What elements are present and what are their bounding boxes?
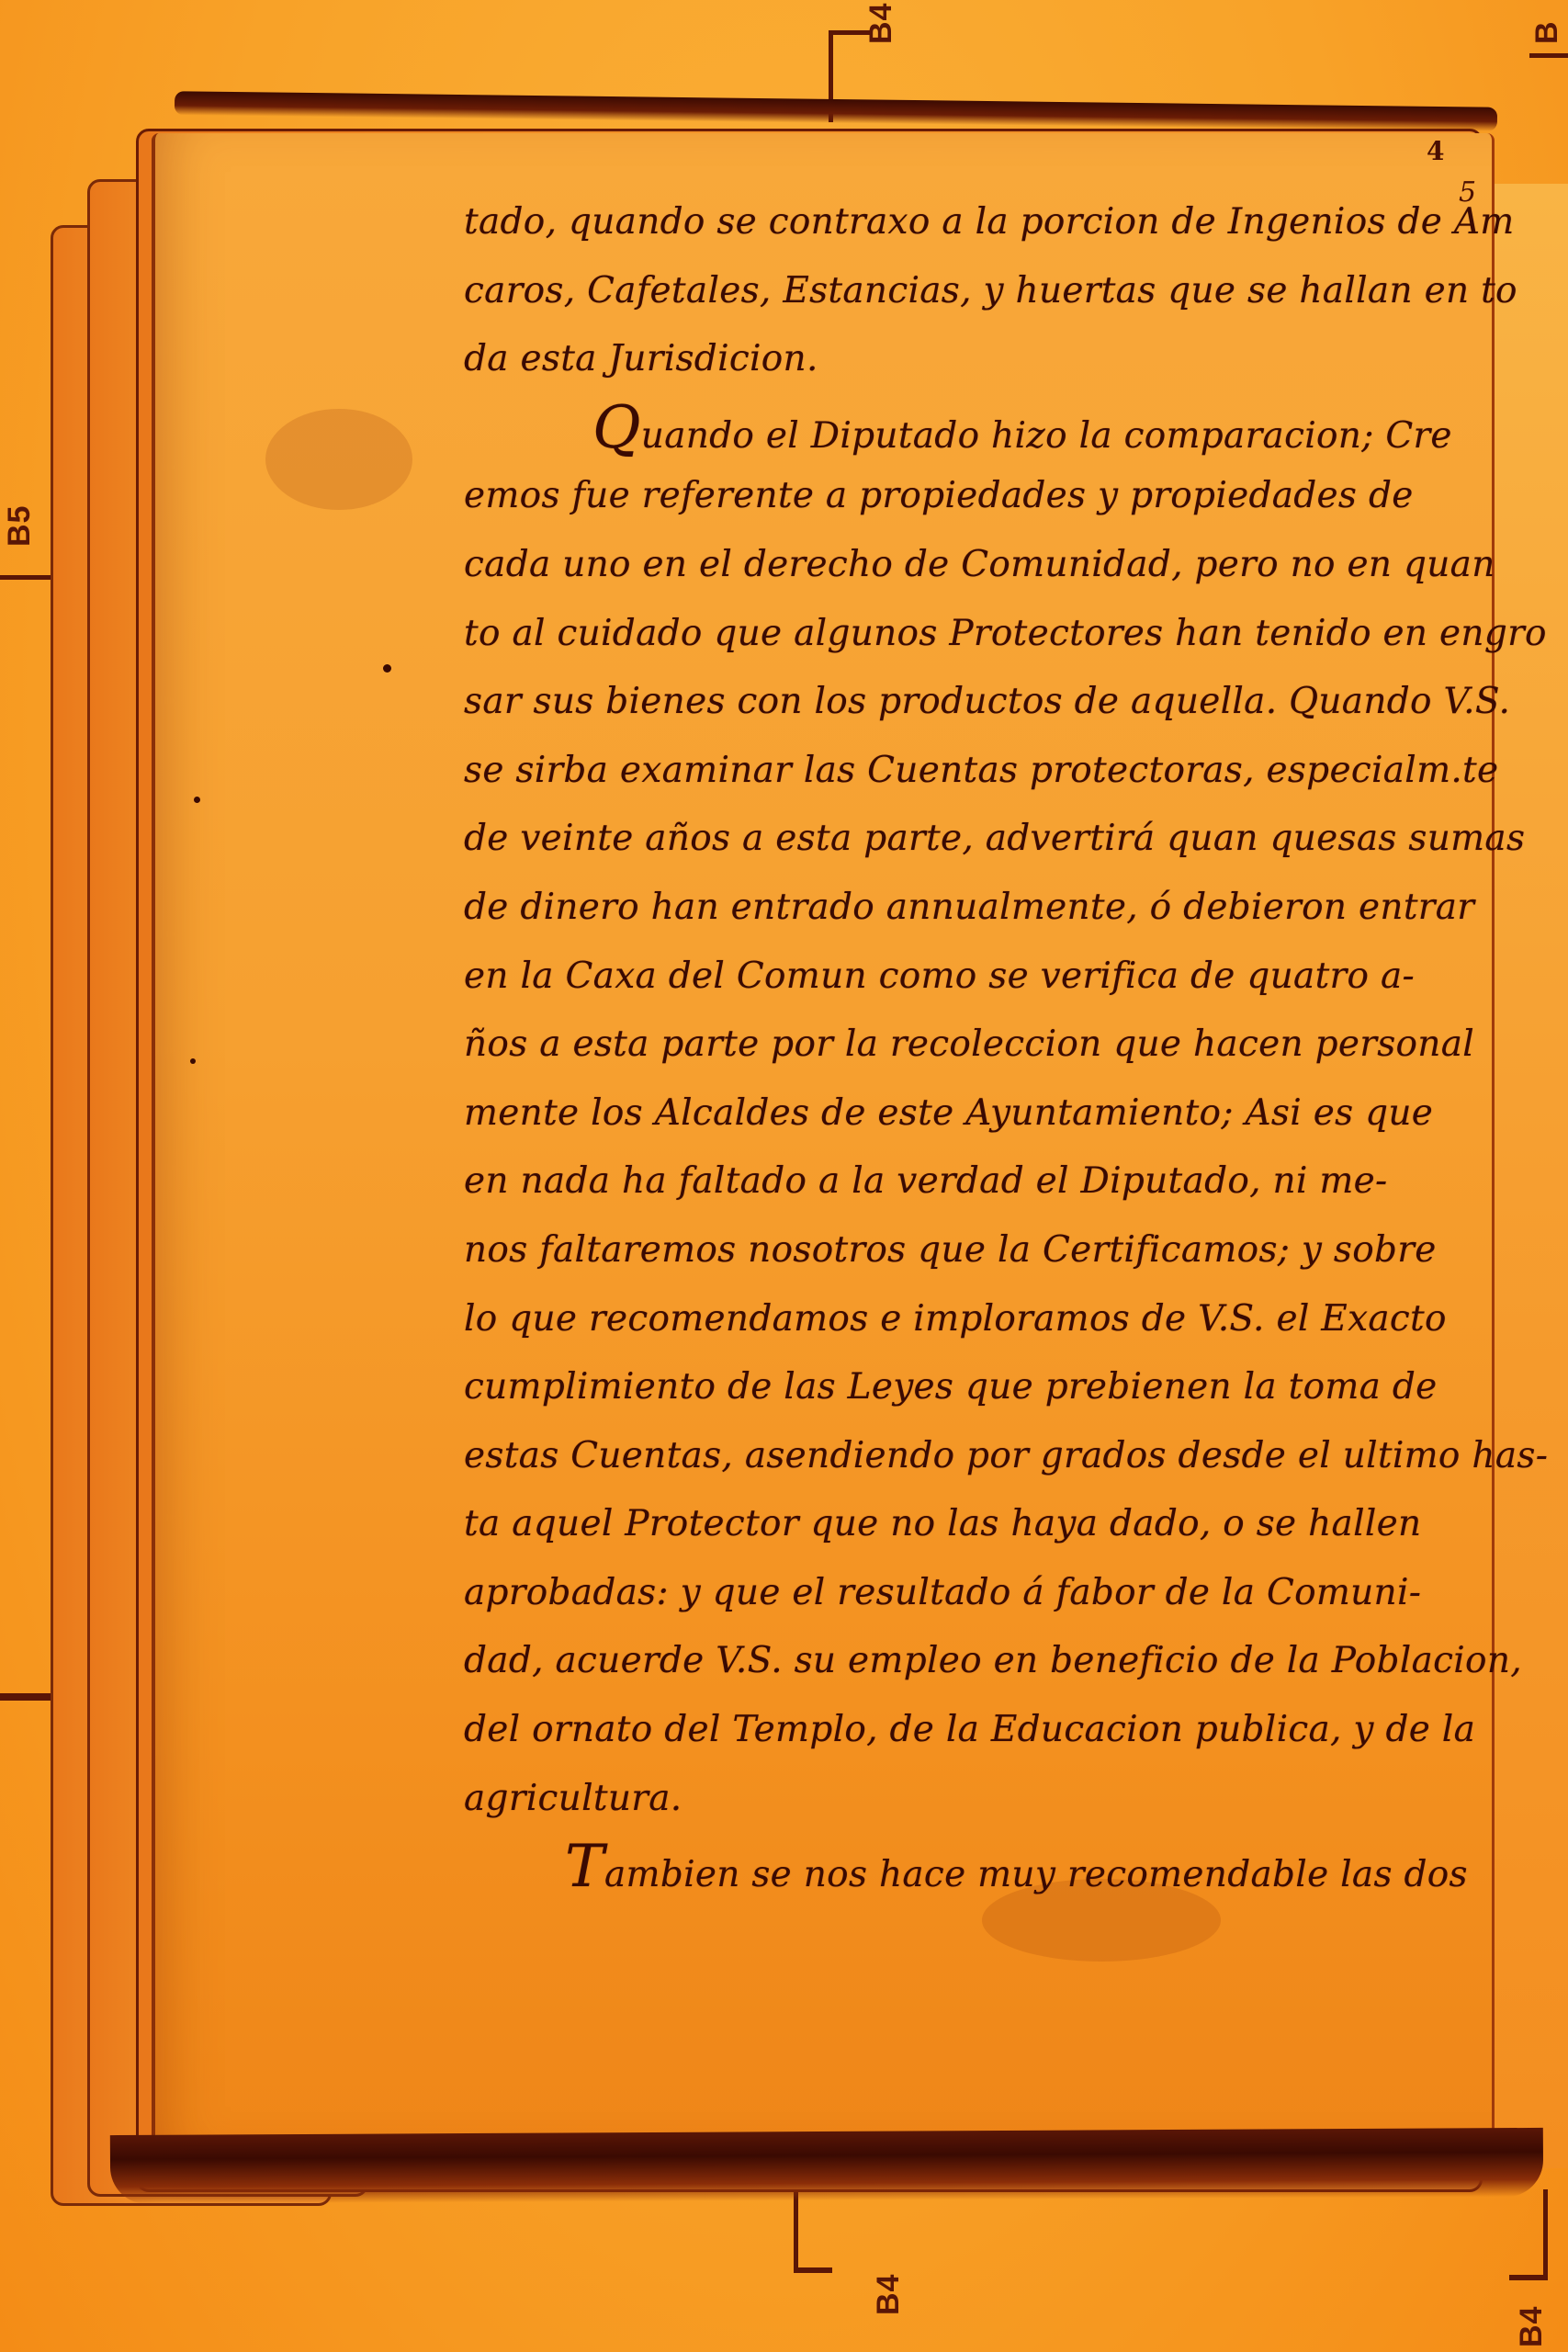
ink-spot (190, 1058, 196, 1064)
manuscript-line: ños a esta parte por la recoleccion que … (464, 1011, 1483, 1080)
manuscript-line: se sirba examinar las Cuentas protectora… (464, 737, 1483, 806)
manuscript-line: de veinte años a esta parte, advertirá q… (464, 805, 1483, 874)
crop-mark-bottom-left-horizontal (794, 2267, 832, 2273)
crop-mark-bottom-right-vertical (1543, 2189, 1548, 2279)
manuscript-line: da esta Jurisdicion. (464, 325, 1483, 394)
manuscript-line: cumplimiento de las Leyes que prebienen … (464, 1353, 1483, 1422)
manuscript-line: de dinero han entrado annualmente, ó deb… (464, 874, 1483, 943)
manuscript-text: tado, quando se contraxo a la porcion de… (464, 188, 1483, 1902)
crop-mark-bottom-right-horizontal (1509, 2275, 1548, 2280)
manuscript-line: en nada ha faltado a la verdad el Diputa… (464, 1148, 1483, 1216)
manuscript-line: mente los Alcaldes de este Ayuntamiento;… (464, 1080, 1483, 1148)
manuscript-line: en la Caxa del Comun como se verifica de… (464, 943, 1483, 1012)
registration-label-left: B5 (2, 505, 38, 547)
manuscript-line: aprobadas: y que el resultado á fabor de… (464, 1559, 1483, 1628)
facing-page-edge (1493, 184, 1568, 2168)
ink-spot (194, 797, 200, 803)
manuscript-line: tado, quando se contraxo a la porcion de… (464, 188, 1483, 257)
manuscript-line: caros, Cafetales, Estancias, y huertas q… (464, 257, 1483, 326)
registration-label-top-left: B4 (863, 3, 899, 44)
manuscript-line: nos faltaremos nosotros que la Certifica… (464, 1216, 1483, 1285)
registration-label-bottom-left: B4 (871, 2274, 907, 2315)
manuscript-line-paragraph-start: Tambien se nos hace muy recomendable las… (464, 1833, 1483, 1902)
ink-spot (383, 664, 391, 673)
manuscript-line: agricultura. (464, 1765, 1483, 1834)
registration-label-top-right: B (1529, 20, 1565, 44)
manuscript-line: del ornato del Templo, de la Educacion p… (464, 1696, 1483, 1765)
crop-mark-left-lower (0, 1693, 51, 1701)
manuscript-line: to al cuidado que algunos Protectores ha… (464, 600, 1483, 669)
manuscript-line: lo que recomendamos e imploramos de V.S.… (464, 1285, 1483, 1354)
corner-mark: 4 (1427, 136, 1444, 166)
manuscript-line: emos fue referente a propiedades y propi… (464, 462, 1483, 531)
manuscript-line: ta aquel Protector que no las haya dado,… (464, 1490, 1483, 1559)
page-bottom-edge-shadow (110, 2128, 1543, 2204)
paper-stain (265, 409, 412, 510)
registration-label-bottom-right: B4 (1514, 2306, 1550, 2347)
manuscript-line-paragraph-start: Quando el Diputado hizo la comparacion; … (464, 394, 1483, 463)
manuscript-line: estas Cuentas, asendiendo por grados des… (464, 1422, 1483, 1491)
manuscript-line: cada uno en el derecho de Comunidad, per… (464, 531, 1483, 600)
manuscript-line: sar sus bienes con los productos de aque… (464, 668, 1483, 737)
crop-mark-top-right (1529, 53, 1568, 58)
page-top-edge-shadow (175, 91, 1497, 131)
manuscript-line: dad, acuerde V.S. su empleo en beneficio… (464, 1627, 1483, 1696)
crop-mark-left-upper (0, 575, 57, 580)
